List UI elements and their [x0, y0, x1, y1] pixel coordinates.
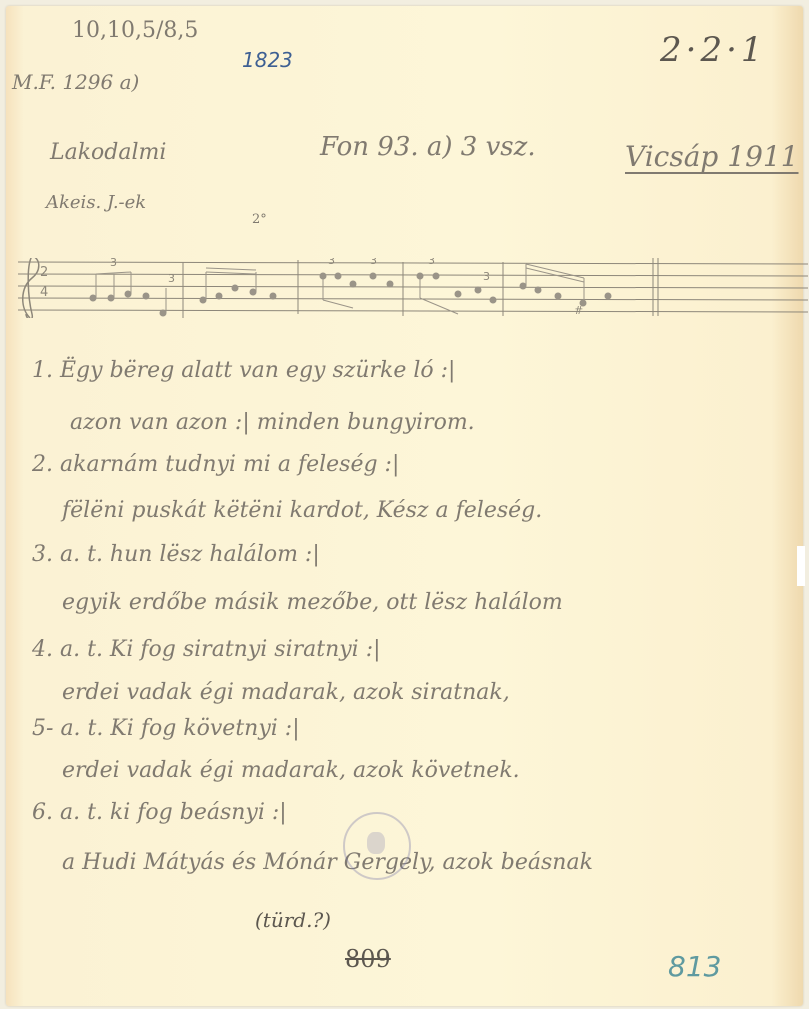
footer-note: (türd.?) [255, 908, 331, 932]
svg-text:3: 3 [370, 258, 377, 267]
verse-4-line-2: erdei vadak égi madarak, azok siratnak, [62, 680, 510, 705]
verse-6-line-1: 6. a. t. ki fog beásnyi :| [32, 800, 287, 825]
svg-text:#: # [574, 304, 583, 317]
page-number: 813 [668, 950, 721, 983]
svg-text:3: 3 [168, 272, 175, 285]
place-year: Vicsáp 1911 [625, 140, 799, 173]
mf-reference: M.F. 1296 a) [12, 70, 139, 94]
verse-text: a. t. ki fog beásnyi :| [60, 800, 287, 825]
old-page-number: 809 [345, 945, 391, 973]
verse-1-line-1: 1. Ëgy bëreg alatt van egy szürke ló :| [32, 358, 455, 383]
music-staff: 2 4 333333 # [18, 258, 808, 318]
treble-clef-icon [23, 258, 39, 318]
time-signature: 2 [40, 265, 48, 280]
svg-text:3: 3 [483, 270, 490, 283]
recording-reference: Fon 93. a) 3 vsz. [320, 132, 536, 162]
verse-number: 6. [32, 800, 53, 825]
performer: Akeis. J.-ek [46, 192, 146, 213]
svg-text:3: 3 [328, 258, 335, 267]
verse-2-line-2: fëlëni puskát këtëni kardot, Kész a fele… [62, 498, 542, 523]
verse-5-line-1: 5- a. t. Ki fog követnyi :| [32, 716, 300, 741]
verse-text: Ëgy bëreg alatt van egy szürke ló :| [60, 358, 455, 383]
tempo-marking: 2° [252, 212, 267, 227]
catalog-number-blue: 1823 [242, 48, 293, 72]
verse-number: 3. [32, 542, 53, 567]
verse-3-line-2: egyik erdőbe másik mezőbe, ott lësz halá… [62, 590, 563, 615]
verse-text: a. t. Ki fog követnyi :| [60, 716, 299, 741]
archive-stamp [343, 812, 411, 880]
verse-1-line-2: azon van azon :| minden bungyirom. [70, 410, 475, 435]
verse-number: 1. [32, 358, 53, 383]
verse-5-line-2: erdei vadak égi madarak, azok követnek. [62, 758, 520, 783]
verse-text: a. t. hun lësz halálom :| [60, 542, 320, 567]
verse-text: akarnám tudnyi mi a feleség :| [60, 452, 399, 477]
verse-2-line-1: 2. akarnám tudnyi mi a feleség :| [32, 452, 399, 477]
verse-3-line-1: 3. a. t. hun lësz halálom :| [32, 542, 320, 567]
verse-number: 5- [32, 716, 53, 741]
verse-6-line-2: a Hudi Mátyás és Mónár Gergely, azok beá… [62, 850, 593, 875]
verse-text: a. t. Ki fog siratnyi siratnyi :| [60, 637, 381, 662]
svg-text:3: 3 [428, 258, 435, 267]
archive-numbers: 10,10,5/8,5 [72, 18, 198, 43]
svg-text:4: 4 [40, 285, 48, 300]
verse-number: 4. [32, 637, 53, 662]
svg-text:3: 3 [110, 258, 117, 269]
verse-number: 2. [32, 452, 53, 477]
genre-label: Lakodalmi [50, 140, 166, 165]
classification-number: 2·2·1 [660, 30, 767, 70]
verse-4-line-1: 4. a. t. Ki fog siratnyi siratnyi :| [32, 637, 381, 662]
